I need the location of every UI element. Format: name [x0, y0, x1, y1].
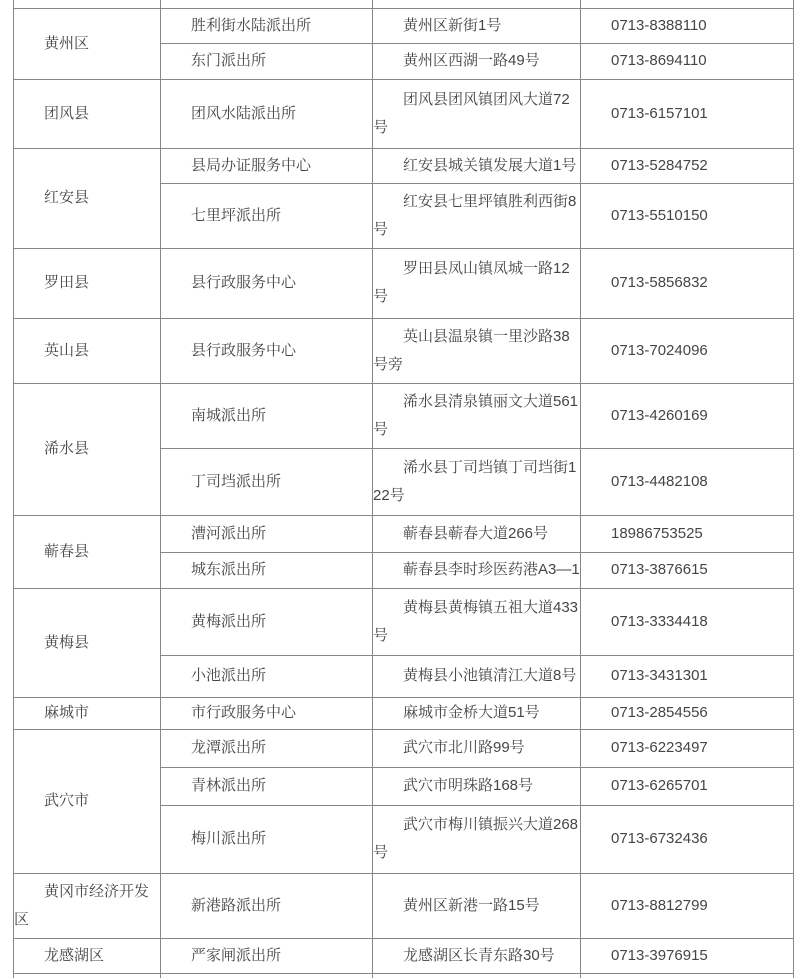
address-cell: 团风县团风镇团风大道72号: [373, 79, 581, 148]
address-cell: 蕲春县蕲春大道266号: [373, 515, 581, 552]
address-cell: 蕲春县李时珍医药港A3—1: [373, 552, 581, 588]
phone-cell: 0713-6265701: [581, 767, 794, 805]
cutoff-cell: [581, 0, 794, 8]
station-cell: 漕河派出所: [161, 515, 373, 552]
address-cell: 武穴市北川路99号: [373, 729, 581, 767]
station-cell: 严家闸派出所: [161, 938, 373, 973]
table-row: 英山县 县行政服务中心 英山县温泉镇一里沙路38号旁 0713-7024096: [14, 318, 794, 383]
address-cell: 浠水县清泉镇丽文大道561号: [373, 383, 581, 448]
phone-cell: 0713-7024096: [581, 318, 794, 383]
address-cell: 罗田县凤山镇凤城一路12号: [373, 248, 581, 318]
table-row: 团风县 团风水陆派出所 团风县团风镇团风大道72号 0713-6157101: [14, 79, 794, 148]
station-cell: 县行政服务中心: [161, 248, 373, 318]
district-cell: 武穴市: [14, 729, 161, 873]
phone-cell: 0713-6223497: [581, 729, 794, 767]
document-page: 黄州区 胜利街水陆派出所 黄州区新街1号 0713-8388110 东门派出所 …: [0, 0, 800, 978]
address-cell: 黄州区西湖一路49号: [373, 43, 581, 79]
station-cell: 南城派出所: [161, 383, 373, 448]
phone-cell: 0713-6732436: [581, 805, 794, 873]
table-row-cutoff-top: [14, 0, 794, 8]
station-cell: 龙潭派出所: [161, 729, 373, 767]
district-cell: 黄梅县: [14, 588, 161, 697]
phone-cell: 0713-5284752: [581, 148, 794, 183]
phone-cell: 0713-2854556: [581, 697, 794, 729]
cutoff-cell: [161, 973, 373, 978]
table-row: 浠水县 南城派出所 浠水县清泉镇丽文大道561号 0713-4260169: [14, 383, 794, 448]
district-cell: 黄州区: [14, 8, 161, 79]
phone-cell: 0713-3976915: [581, 938, 794, 973]
station-cell: 新港路派出所: [161, 873, 373, 938]
station-cell: 梅川派出所: [161, 805, 373, 873]
address-cell: 浠水县丁司垱镇丁司垱街122号: [373, 448, 581, 515]
station-cell: 东门派出所: [161, 43, 373, 79]
phone-cell: 0713-3334418: [581, 588, 794, 655]
district-cell: 蕲春县: [14, 515, 161, 588]
district-cell: 黄冈市经济开发区: [14, 873, 161, 938]
cutoff-cell: [14, 973, 161, 978]
district-cell: 龙感湖区: [14, 938, 161, 973]
address-cell: 黄州区新港一路15号: [373, 873, 581, 938]
phone-cell: 0713-8388110: [581, 8, 794, 43]
cutoff-cell: [373, 0, 581, 8]
phone-cell: 0713-4260169: [581, 383, 794, 448]
phone-cell: 0713-5856832: [581, 248, 794, 318]
cutoff-cell: [161, 0, 373, 8]
table-row: 蕲春县 漕河派出所 蕲春县蕲春大道266号 18986753525: [14, 515, 794, 552]
station-cell: 团风水陆派出所: [161, 79, 373, 148]
station-cell: 小池派出所: [161, 655, 373, 697]
station-cell: 城东派出所: [161, 552, 373, 588]
phone-cell: 0713-3431301: [581, 655, 794, 697]
table-row: 黄梅县 黄梅派出所 黄梅县黄梅镇五祖大道433号 0713-3334418: [14, 588, 794, 655]
table-row-cutoff-bottom: [14, 973, 794, 978]
address-cell: 黄梅县小池镇清江大道8号: [373, 655, 581, 697]
table-row: 罗田县 县行政服务中心 罗田县凤山镇凤城一路12号 0713-5856832: [14, 248, 794, 318]
station-cell: 县局办证服务中心: [161, 148, 373, 183]
address-cell: 龙感湖区长青东路30号: [373, 938, 581, 973]
district-cell: 红安县: [14, 148, 161, 248]
table-row: 龙感湖区 严家闸派出所 龙感湖区长青东路30号 0713-3976915: [14, 938, 794, 973]
phone-cell: 18986753525: [581, 515, 794, 552]
station-cell: 丁司垱派出所: [161, 448, 373, 515]
phone-cell: 0713-5510150: [581, 183, 794, 248]
district-cell: 英山县: [14, 318, 161, 383]
phone-cell: 0713-8812799: [581, 873, 794, 938]
address-cell: 武穴市梅川镇振兴大道268号: [373, 805, 581, 873]
station-cell: 县行政服务中心: [161, 318, 373, 383]
phone-cell: 0713-3876615: [581, 552, 794, 588]
address-cell: 红安县城关镇发展大道1号: [373, 148, 581, 183]
district-cell: 麻城市: [14, 697, 161, 729]
table-row: 黄冈市经济开发区 新港路派出所 黄州区新港一路15号 0713-8812799: [14, 873, 794, 938]
station-cell: 胜利街水陆派出所: [161, 8, 373, 43]
address-cell: 红安县七里坪镇胜利西街8号: [373, 183, 581, 248]
table-row: 武穴市 龙潭派出所 武穴市北川路99号 0713-6223497: [14, 729, 794, 767]
district-cell: 罗田县: [14, 248, 161, 318]
address-cell: 武穴市明珠路168号: [373, 767, 581, 805]
cutoff-cell: [373, 973, 581, 978]
cutoff-cell: [14, 0, 161, 8]
table-row: 黄州区 胜利街水陆派出所 黄州区新街1号 0713-8388110: [14, 8, 794, 43]
police-station-table: 黄州区 胜利街水陆派出所 黄州区新街1号 0713-8388110 东门派出所 …: [13, 0, 794, 978]
phone-cell: 0713-6157101: [581, 79, 794, 148]
address-cell: 英山县温泉镇一里沙路38号旁: [373, 318, 581, 383]
district-cell: 团风县: [14, 79, 161, 148]
station-cell: 青林派出所: [161, 767, 373, 805]
table-row: 麻城市 市行政服务中心 麻城市金桥大道51号 0713-2854556: [14, 697, 794, 729]
address-cell: 黄州区新街1号: [373, 8, 581, 43]
station-cell: 市行政服务中心: [161, 697, 373, 729]
cutoff-cell: [581, 973, 794, 978]
table-row: 红安县 县局办证服务中心 红安县城关镇发展大道1号 0713-5284752: [14, 148, 794, 183]
phone-cell: 0713-8694110: [581, 43, 794, 79]
address-cell: 麻城市金桥大道51号: [373, 697, 581, 729]
address-cell: 黄梅县黄梅镇五祖大道433号: [373, 588, 581, 655]
district-cell: 浠水县: [14, 383, 161, 515]
station-cell: 七里坪派出所: [161, 183, 373, 248]
station-cell: 黄梅派出所: [161, 588, 373, 655]
phone-cell: 0713-4482108: [581, 448, 794, 515]
